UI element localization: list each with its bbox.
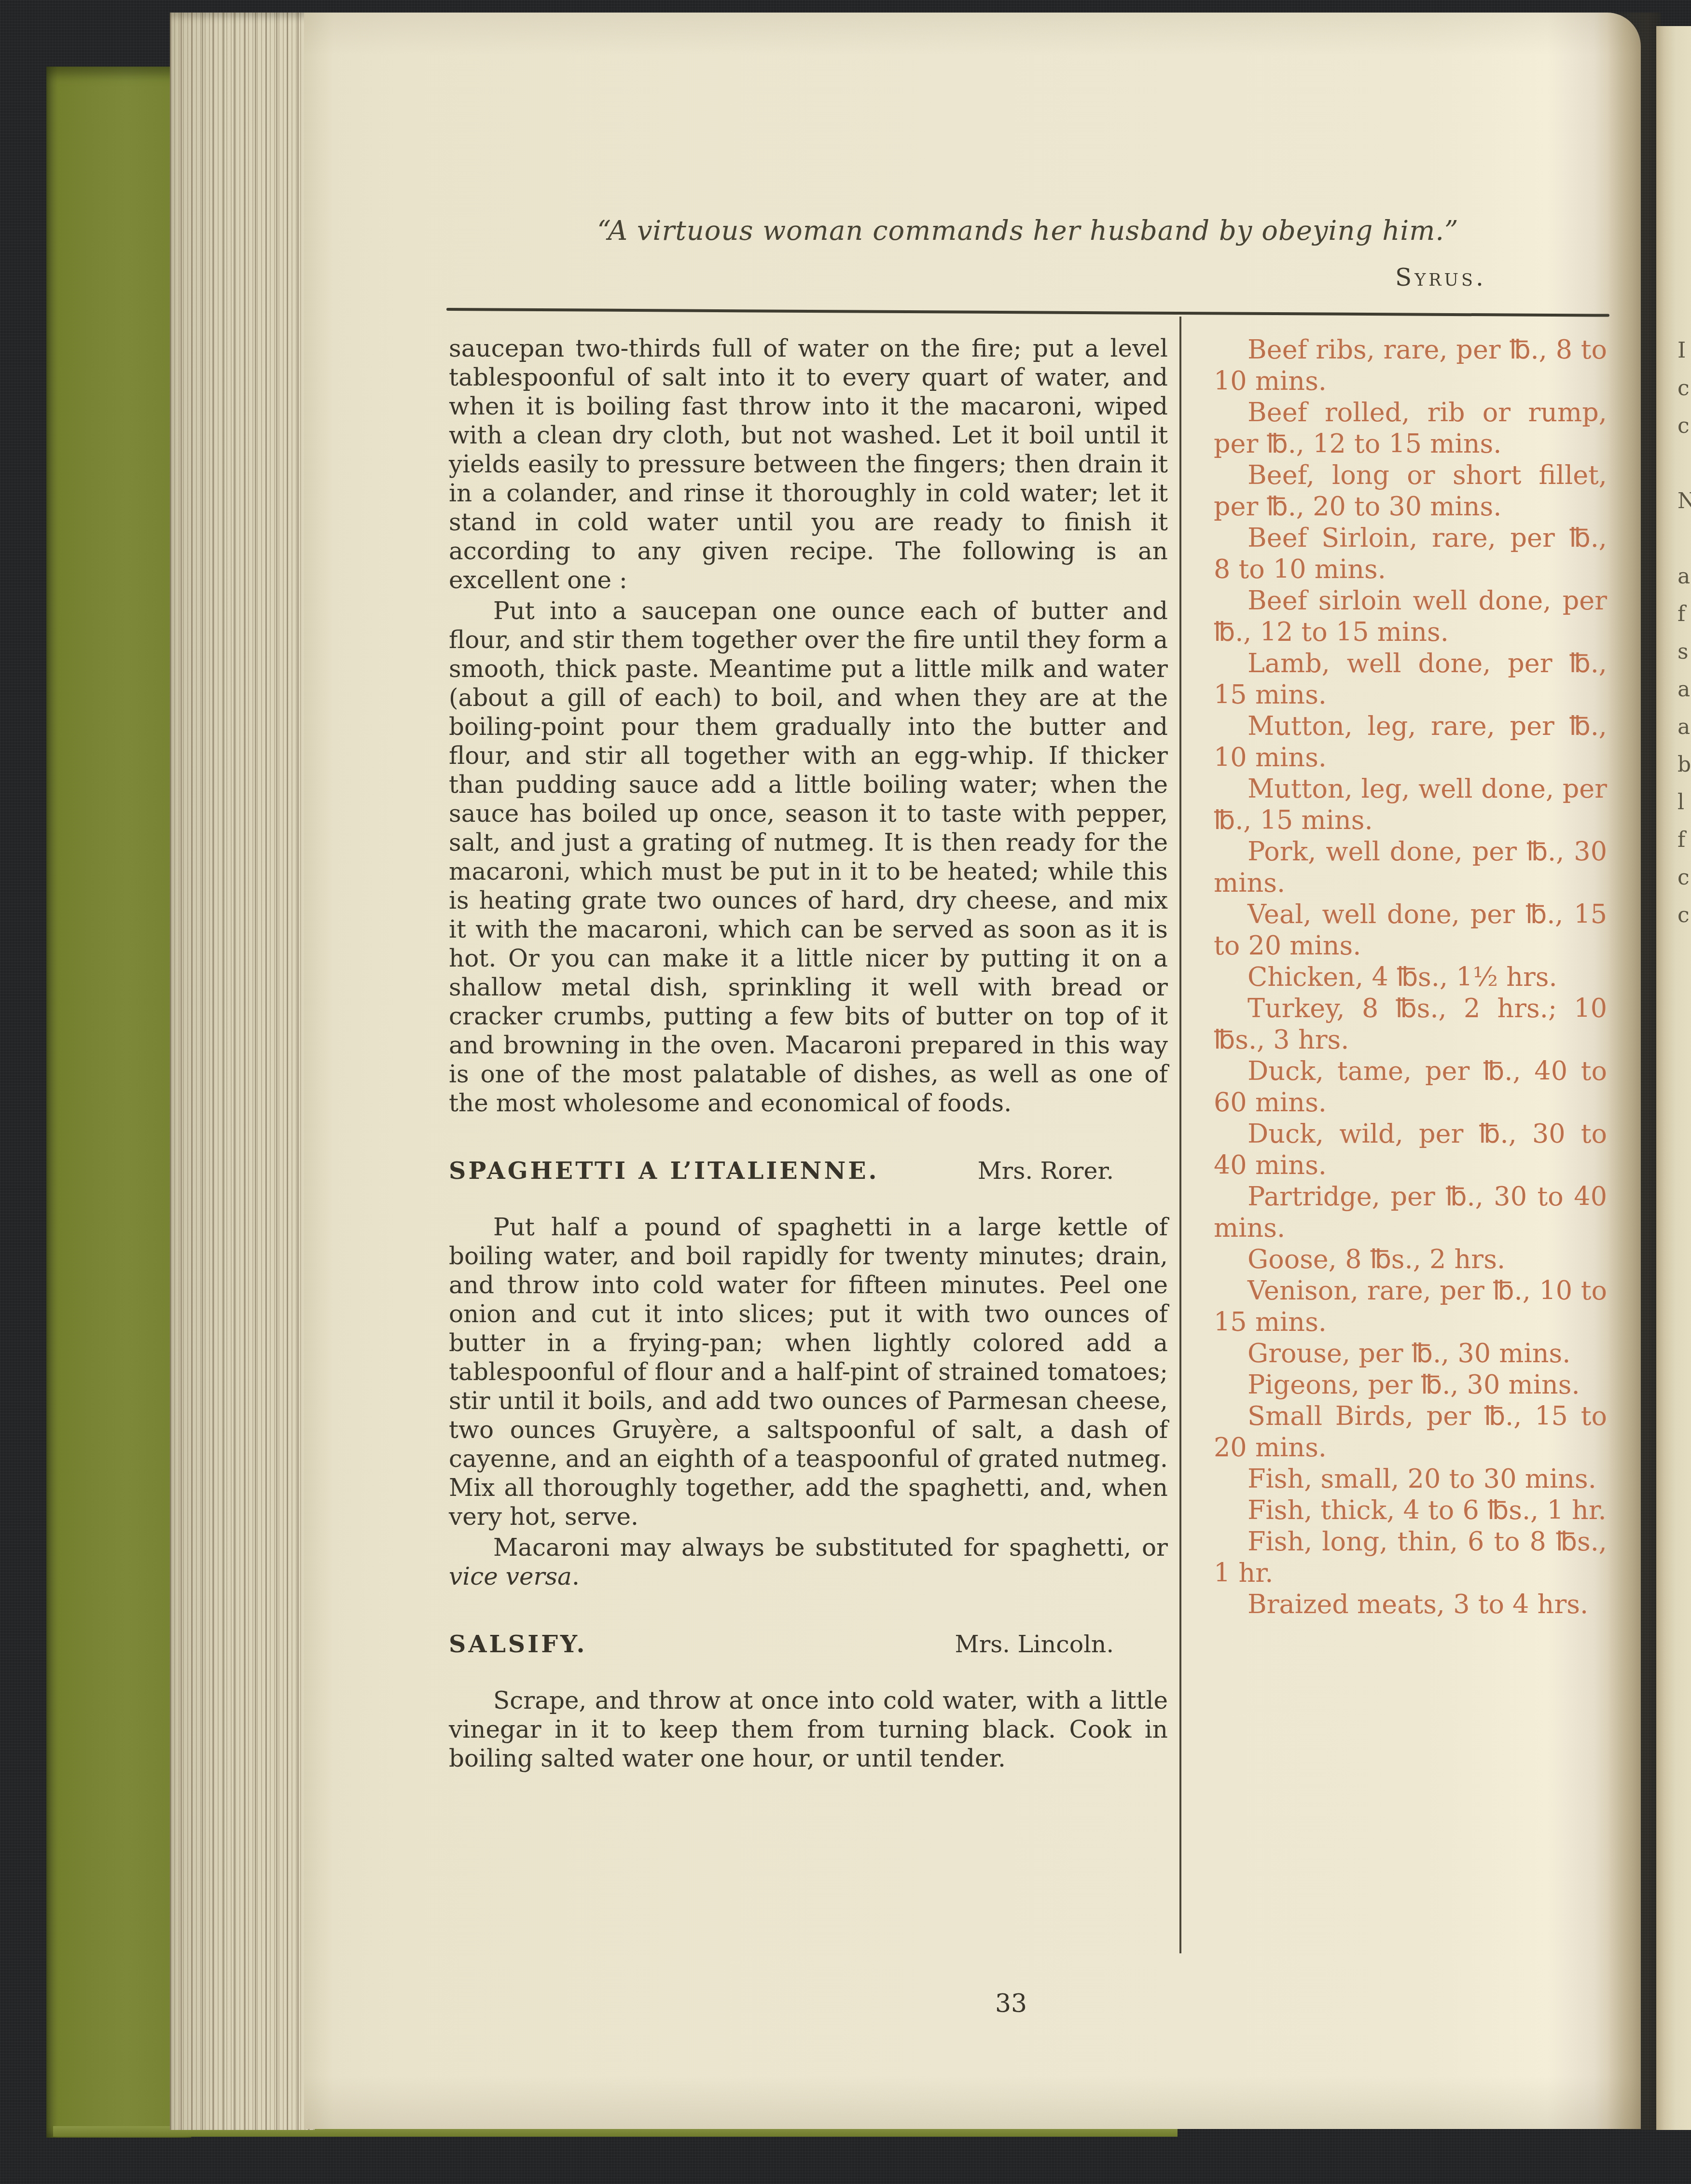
recipe-body-salsify: Scrape, and throw at once into cold wate… (449, 1686, 1168, 1773)
page-number: 33 (449, 1989, 1573, 2018)
book-cover-green (46, 67, 191, 2138)
roasting-time-item: Chicken, 4 ℔s., 1½ hrs. (1214, 961, 1607, 993)
roasting-time-item: Pork, well done, per ℔., 30 mins. (1214, 836, 1607, 898)
page-crease-shadow (1607, 13, 1661, 2130)
sliver-text-fragment: N (1677, 483, 1691, 520)
roasting-time-item: Grouse, per ℔., 30 mins. (1214, 1338, 1607, 1369)
roasting-time-item: Beef, long or short fillet, per ℔., 20 t… (1214, 459, 1607, 522)
book-page: “A virtuous woman commands her husband b… (304, 13, 1641, 2129)
roasting-time-item: Pigeons, per ℔., 30 mins. (1214, 1369, 1607, 1400)
roasting-time-item: Turkey, 8 ℔s., 2 hrs.; 10 ℔s., 3 hrs. (1214, 993, 1607, 1055)
epigraph-quote: “A virtuous woman commands her husband b… (449, 214, 1607, 248)
substitution-note-italic: vice versa (449, 1562, 572, 1590)
roasting-time-item: Duck, tame, per ℔., 40 to 60 mins. (1214, 1055, 1607, 1118)
sliver-text-fragment: c (1677, 897, 1691, 934)
two-column-text-block: saucepan two-thirds full of water on the… (449, 334, 1607, 1773)
sliver-text-fragment (1677, 445, 1691, 483)
roasting-time-item: Beef ribs, rare, per ℔., 8 to 10 mins. (1214, 334, 1607, 397)
roasting-time-item: Veal, well done, per ℔., 15 to 20 mins. (1214, 898, 1607, 961)
roasting-time-item: Partridge, per ℔., 30 to 40 mins. (1214, 1181, 1607, 1244)
substitution-note: Macaroni may always be substituted for s… (449, 1533, 1168, 1591)
sliver-text-fragment: l (1677, 784, 1691, 821)
roasting-time-item: Mutton, leg, well done, per ℔., 15 mins. (1214, 773, 1607, 836)
sliver-text-fragment (1677, 520, 1691, 558)
roasting-time-item: Venison, rare, per ℔., 10 to 15 mins. (1214, 1275, 1607, 1338)
sliver-text-fragment: c (1677, 407, 1691, 445)
sliver-text-fragment: a (1677, 671, 1691, 708)
page-edge-stack (170, 13, 315, 2130)
epigraph-attribution: Syrus. (449, 263, 1607, 291)
sliver-text-fragment: c (1677, 859, 1691, 897)
sliver-text-fragment: a (1677, 708, 1691, 746)
book-scan: “A virtuous woman commands her husband b… (0, 0, 1691, 2184)
roasting-time-item: Beef Sirloin, rare, per ℔., 8 to 10 mins… (1214, 522, 1607, 585)
substitution-note-post: . (572, 1562, 580, 1590)
roasting-time-item: Braized meats, 3 to 4 hrs. (1214, 1589, 1607, 1620)
left-column: saucepan two-thirds full of water on the… (449, 334, 1168, 1773)
roasting-time-item: Goose, 8 ℔s., 2 hrs. (1214, 1244, 1607, 1275)
roasting-time-item: Fish, small, 20 to 30 mins. (1214, 1463, 1607, 1494)
substitution-note-pre: Macaroni may always be substituted for s… (493, 1534, 1168, 1562)
next-page-text-fragments: I c c N a f s a a b l f c c (1677, 332, 1691, 934)
roasting-time-item: Lamb, well done, per ℔., 15 mins. (1214, 648, 1607, 710)
recipe-title: SALSIFY. (449, 1630, 587, 1659)
sliver-text-fragment: f (1677, 821, 1691, 859)
roasting-time-item: Fish, thick, 4 to 6 ℔s., 1 hr. (1214, 1494, 1607, 1526)
roasting-time-item: Fish, long, thin, 6 to 8 ℔s., 1 hr. (1214, 1526, 1607, 1589)
sliver-text-fragment: f (1677, 595, 1691, 633)
roasting-time-item: Duck, wild, per ℔., 30 to 40 mins. (1214, 1118, 1607, 1181)
roasting-times-list: Beef ribs, rare, per ℔., 8 to 10 mins. B… (1214, 334, 1607, 1620)
header-rule (446, 308, 1609, 317)
sliver-text-fragment: c (1677, 370, 1691, 407)
recipe-heading-spaghetti: SPAGHETTI A L’ITALIENNE. Mrs. Rorer. (449, 1156, 1168, 1186)
sliver-text-fragment: I (1677, 332, 1691, 370)
recipe-title: SPAGHETTI A L’ITALIENNE. (449, 1156, 879, 1185)
sliver-text-fragment: a (1677, 558, 1691, 595)
body-paragraph-continuation: saucepan two-thirds full of water on the… (449, 334, 1168, 594)
sliver-text-fragment: s (1677, 633, 1691, 671)
recipe-heading-salsify: SALSIFY. Mrs. Lincoln. (449, 1630, 1168, 1659)
sliver-text-fragment: b (1677, 746, 1691, 784)
recipe-body-spaghetti: Put half a pound of spaghetti in a large… (449, 1213, 1168, 1531)
roasting-time-item: Mutton, leg, rare, per ℔., 10 mins. (1214, 710, 1607, 773)
roasting-time-item: Small Birds, per ℔., 15 to 20 mins. (1214, 1400, 1607, 1463)
recipe-attribution: Mrs. Rorer. (978, 1157, 1168, 1186)
roasting-time-item: Beef rolled, rib or rump, per ℔., 12 to … (1214, 397, 1607, 459)
recipe-attribution: Mrs. Lincoln. (955, 1630, 1168, 1659)
roasting-time-item: Beef sirloin well done, per ℔., 12 to 15… (1214, 585, 1607, 648)
body-paragraph-macaroni-sauce: Put into a saucepan one ounce each of bu… (449, 596, 1168, 1118)
